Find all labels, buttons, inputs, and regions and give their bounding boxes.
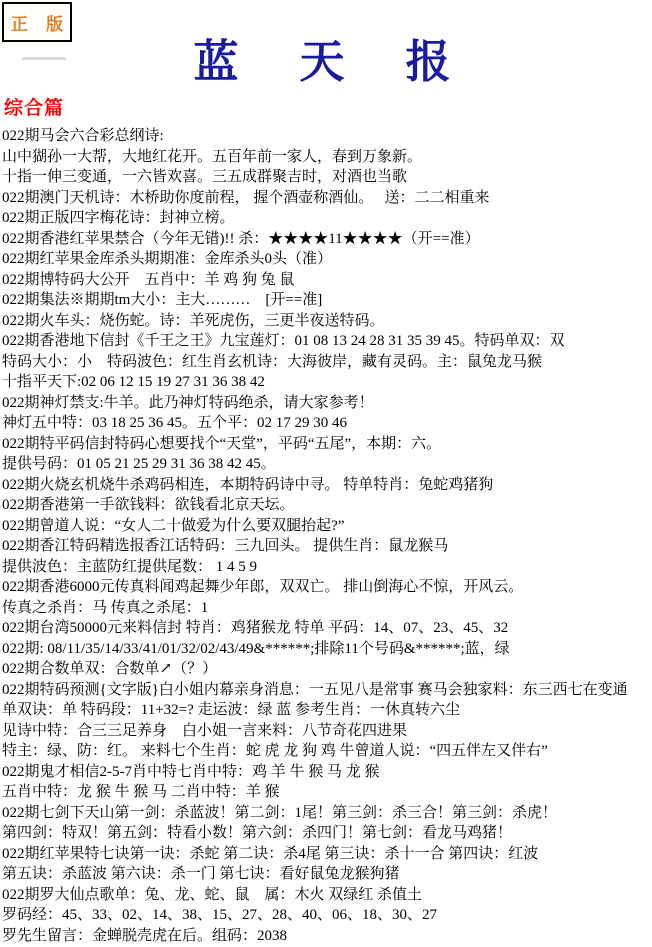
content-lines: 022期马会六合彩总纲诗:山中猢孙一大帮，大地红花开。五百年前一家人，春到万象新… bbox=[2, 126, 652, 946]
text-line-15: 神灯五中特：03 18 25 36 45。五个平：02 17 29 30 46 bbox=[2, 413, 652, 434]
text-line-17: 提供号码：01 05 21 25 29 31 36 38 42 45。 bbox=[2, 454, 652, 475]
text-line-9: 022期集法※期期tm大小：主大……… [开==准] bbox=[2, 290, 652, 311]
page-title: 蓝 天 报 bbox=[0, 36, 652, 88]
text-line-8: 022期博特码大公开 五肖中：羊 鸡 狗 兔 鼠 bbox=[2, 270, 652, 291]
text-line-4: 022期澳门天机诗：木桥助你度前程， 握个酒壶称酒仙。 送：二二相重来 bbox=[2, 188, 652, 209]
text-line-31: 特主：绿、防：红。 来料七个生肖：蛇 虎 龙 狗 鸡 牛曾道人说：“四五伴左又伴… bbox=[2, 741, 652, 762]
text-line-14: 022期神灯禁支:牛羊。此乃神灯特码绝杀，请大家参考！ bbox=[2, 393, 652, 414]
text-line-37: 第五诀：杀蓝波 第六诀：杀一门 第七诀：看好鼠兔龙猴狗猪 bbox=[2, 864, 652, 885]
text-line-18: 022期火烧玄机烧牛杀鸡码相连，本期特码诗中寻。 特单特肖：兔蛇鸡猪狗 bbox=[2, 475, 652, 496]
text-line-34: 022期七剑下天山第一剑：杀蓝波！第二剑：1尾！第三剑：杀三合！第三剑：杀虎！ bbox=[2, 803, 652, 824]
text-line-12: 特码大小：小 特码波色：红生肖玄机诗：大海彼岸，藏有灵码。主：鼠兔龙马猴 bbox=[2, 352, 652, 373]
text-line-25: 022期台湾50000元来料信封 特肖：鸡猪猴龙 特单 平码：14、07、23、… bbox=[2, 618, 652, 639]
text-line-2: 山中猢孙一大帮，大地红花开。五百年前一家人，春到万象新。 bbox=[2, 147, 652, 168]
text-line-7: 022期红苹果金库杀头期期准：金库杀头0头（准） bbox=[2, 249, 652, 270]
text-line-33: 五肖中特：龙 猴 牛 猴 马 二肖中特：羊 猴 bbox=[2, 782, 652, 803]
text-line-35: 第四剑：特双！第五剑：特看小数！第六剑：杀四门！第七剑：看龙马鸡猪！ bbox=[2, 823, 652, 844]
text-line-11: 022期香港地下信封《千王之王》九宝莲灯：01 08 13 24 28 31 3… bbox=[2, 331, 652, 352]
text-line-40: 罗先生留言：金蝉脱壳虎在后。组码：2038 bbox=[2, 926, 652, 947]
text-line-24: 传真之杀肖：马 传真之杀尾：1 bbox=[2, 598, 652, 619]
text-line-30: 见诗中特：合三三足养身 白小姐一言来料：八节奇花四进果 bbox=[2, 721, 652, 742]
text-line-36: 022期红苹果特七诀第一诀：杀蛇 第二诀：杀4尾 第三诀：杀十一合 第四诀：红波 bbox=[2, 844, 652, 865]
text-line-16: 022期特平码信封特码心想要找个“天堂”，平码“五尾”，本期：六。 bbox=[2, 434, 652, 455]
text-line-38: 022期罗大仙点歌单：兔、龙、蛇、鼠 属：木火 双绿红 杀值土 bbox=[2, 885, 652, 906]
text-line-6: 022期香港红苹果禁合（今年无错)!! 杀：★★★★11★★★★（开==准） bbox=[2, 229, 652, 250]
text-line-22: 提供波色：主蓝防红提供尾数： 1 4 5 9 bbox=[2, 557, 652, 578]
text-line-13: 十指平天下:02 06 12 15 19 27 31 36 38 42 bbox=[2, 372, 652, 393]
text-line-1: 022期马会六合彩总纲诗: bbox=[2, 126, 652, 147]
text-line-39: 罗码经：45、33、02、14、38、15、27、28、40、06、18、30、… bbox=[2, 905, 652, 926]
authentic-badge-label: 正 版 bbox=[4, 10, 70, 35]
text-line-20: 022期曾道人说：“女人二十做爱为什么要双腿抬起?” bbox=[2, 516, 652, 537]
text-line-29: 单双诀：单 特码段：11+32=? 走运波：绿 蓝 参考生肖：一休真转六尘 bbox=[2, 700, 652, 721]
text-line-32: 022期鬼才相信2-5-7肖中特七肖中特：鸡 羊 牛 猴 马 龙 猴 bbox=[2, 762, 652, 783]
text-line-5: 022期正版四字梅花诗：封神立榜。 bbox=[2, 208, 652, 229]
text-line-10: 022期火车头：烧伤蛇。诗：羊死虎伤，三更半夜送特码。 bbox=[2, 311, 652, 332]
text-line-27: 022期合数单双：合数单↗（？） bbox=[2, 659, 652, 680]
text-line-26: 022期: 08/11/35/14/33/41/01/32/02/43/49&*… bbox=[2, 639, 652, 660]
text-line-3: 十指一伸三变通，一六皆欢喜。三五成群聚吉时，对酒也当歌 bbox=[2, 167, 652, 188]
text-line-28: 022期特码预测{文字版}白小姐内幕亲身消息：一五见八是常事 赛马会独家料：东三… bbox=[2, 680, 652, 701]
text-line-21: 022期香江特码精选报香江话特码：三九回头。 提供生肖：鼠龙猴马 bbox=[2, 536, 652, 557]
text-line-19: 022期香港第一手欲钱料：欲钱看北京天坛。 bbox=[2, 495, 652, 516]
text-line-23: 022期香港6000元传真料闻鸡起舞少年郎，双双亡。 排山倒海心不惊，开风云。 bbox=[2, 577, 652, 598]
section-heading: 综合篇 bbox=[4, 97, 64, 121]
